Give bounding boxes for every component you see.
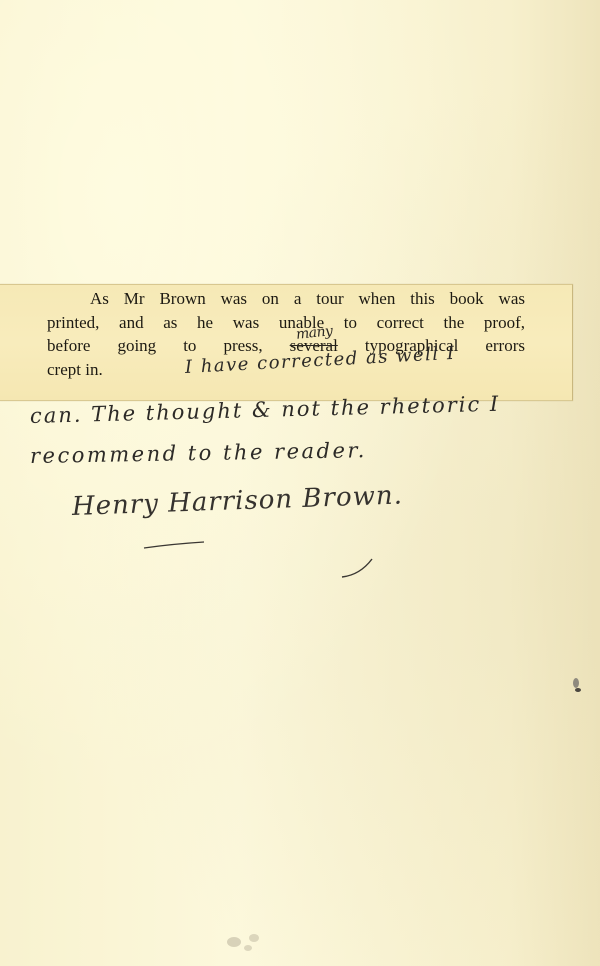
book-page: As Mr Brown was on a tour when this book… bbox=[0, 0, 600, 966]
errata-line-3-start: before going to press, bbox=[47, 336, 290, 355]
errata-line-2: printed, and as he was unable to correct… bbox=[47, 311, 525, 335]
errata-line-1: As Mr Brown was on a tour when this book… bbox=[47, 287, 525, 311]
ink-blot-mark bbox=[572, 676, 582, 694]
inserted-correction: many bbox=[295, 320, 334, 347]
signature-underline-stroke bbox=[142, 540, 206, 552]
signature-flourish-stroke bbox=[340, 555, 380, 579]
show-through-text-top bbox=[110, 160, 570, 270]
show-through-text-bottom bbox=[110, 410, 570, 830]
paper-stain bbox=[220, 930, 280, 960]
errata-slip: As Mr Brown was on a tour when this book… bbox=[0, 284, 573, 401]
